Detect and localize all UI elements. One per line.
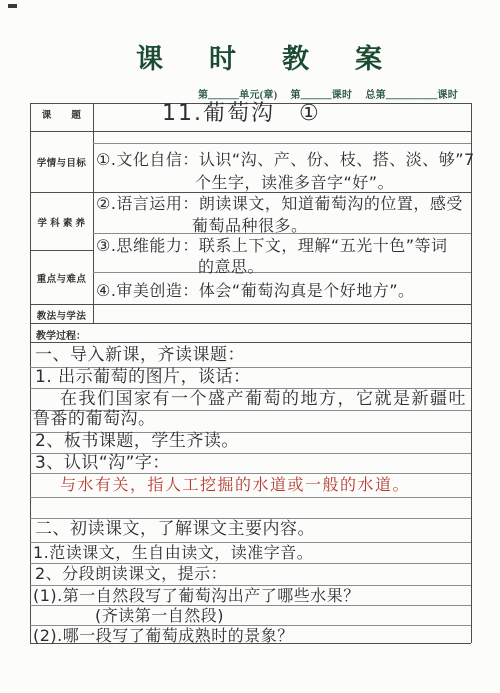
- page-title: 课时教案: [136, 45, 428, 73]
- lesson-plan-page: 课时教案 第＿＿＿单元(章) 第＿＿＿课时 总第＿＿＿＿＿课时 课 题 学情与目…: [0, 0, 500, 693]
- process-line: (齐读第一自然段): [95, 606, 224, 626]
- header-meta-line: 第＿＿＿单元(章) 第＿＿＿课时 总第＿＿＿＿＿课时: [198, 86, 473, 101]
- label-column-divider: [93, 103, 94, 323]
- goal-line: ①.文化自信：认识“沟、产、份、枝、搭、淡、够”7: [96, 150, 475, 170]
- label-teaching-process: 教学过程：: [36, 327, 86, 342]
- row-line-left: [30, 250, 93, 251]
- process-line: 在我们国家有一个盛产葡萄的地方，它就是新疆吐: [60, 389, 467, 409]
- process-line: 鲁番的葡萄沟。: [33, 409, 156, 429]
- process-line: 2、分段朗读课文，提示：: [35, 564, 227, 584]
- process-line: 1. 出示葡萄的图片，谈话：: [35, 367, 251, 387]
- table-border-right: [471, 103, 472, 643]
- label-learning-goals: 学情与目标: [30, 155, 93, 169]
- process-line: (2).哪一段写了葡萄成熟时的景象？: [33, 626, 294, 646]
- process-line: 3、认识“沟”字：: [35, 453, 170, 473]
- table-border-left: [30, 103, 31, 643]
- goal-line: ④.审美创造：体会“葡萄沟真是个好地方”。: [96, 281, 415, 301]
- ruled-line: [30, 497, 471, 498]
- process-line: (1).第一自然段写了葡萄沟出产了哪些水果？: [33, 586, 360, 606]
- row-line: [30, 304, 471, 305]
- row-line: [30, 131, 471, 132]
- process-line-annotation: 与水有关，指人工挖掘的水道或一般的水道。: [60, 475, 410, 495]
- scan-artifact: [8, 4, 17, 8]
- process-line: 一、导入新课，齐读课题：: [35, 345, 245, 365]
- row-line: [30, 342, 471, 343]
- process-line: 1.范读课文，生自由读文，读准字音。: [33, 543, 313, 563]
- label-key-difficulties: 重点与难点: [30, 271, 93, 285]
- goal-line: ③.思维能力：联系上下文，理解“五光十色”等词: [96, 236, 448, 256]
- label-topic: 课 题: [30, 107, 93, 121]
- goal-line: ②.语言运用：朗读课文，知道葡萄沟的位置，感受: [96, 194, 463, 214]
- goal-line: 个生字，读准多音字“好”。: [195, 173, 394, 193]
- ruled-line: [93, 143, 471, 144]
- label-subject-literacy: 学 科 素 养: [30, 215, 93, 229]
- process-line: 2、板书课题，学生齐读。: [35, 431, 239, 451]
- topic-value: 11.葡萄沟 ①: [162, 104, 321, 124]
- ruled-line: [93, 272, 471, 273]
- ruled-line: [30, 473, 471, 474]
- goal-line: 的意思。: [198, 257, 264, 277]
- process-line: 二、初读课文，了解课文主要内容。: [35, 519, 315, 539]
- row-line: [30, 323, 471, 324]
- goal-line: 葡萄品种很多。: [192, 216, 308, 236]
- label-teaching-methods: 教法与学法: [30, 308, 93, 322]
